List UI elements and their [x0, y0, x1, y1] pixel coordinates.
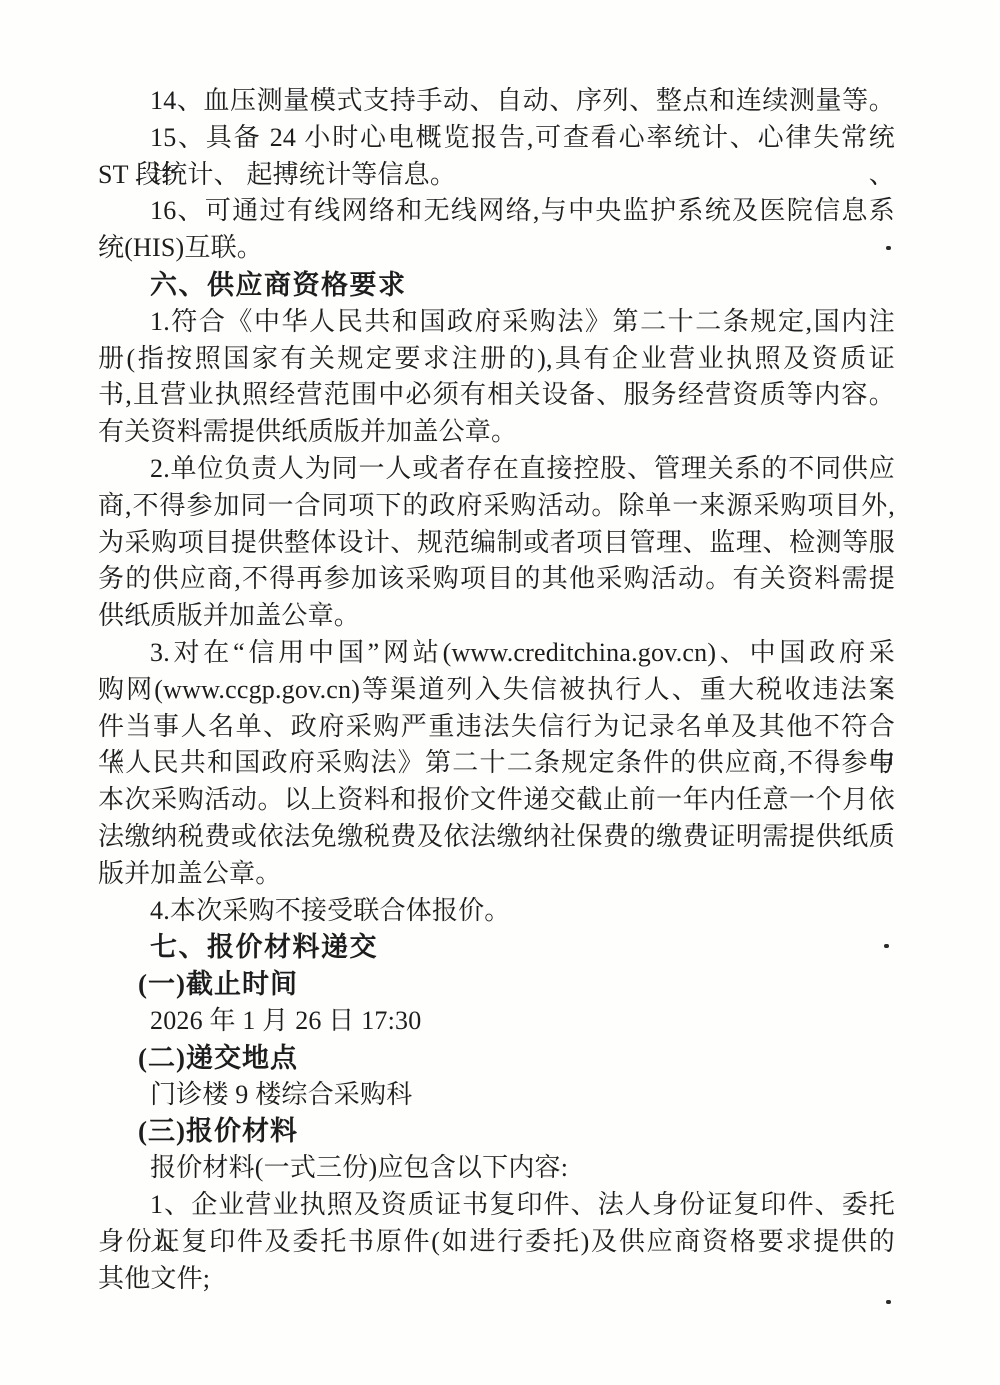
text-line: 2026 年 1 月 26 日 17:30 [98, 1003, 895, 1040]
text-line: (三)报价材料 [98, 1113, 895, 1150]
text-line: 2.单位负责人为同一人或者存在直接控股、管理关系的不同供应 [98, 451, 895, 488]
text-line: 书,且营业执照经营范围中必须有相关设备、服务经营资质等内容。 [98, 377, 895, 414]
text-line: 有关资料需提供纸质版并加盖公章。 [98, 414, 895, 451]
text-line: 购网(www.ccgp.gov.cn)等渠道列入失信被执行人、重大税收违法案 [98, 672, 895, 709]
text-line: 华人民共和国政府采购法》第二十二条规定条件的供应商,不得参与 [98, 745, 895, 782]
text-line: 15、具备 24 小时心电概览报告,可查看心率统计、心律失常统计、 [98, 120, 895, 157]
text-line: 统(HIS)互联。 [98, 230, 895, 267]
text-line: 报价材料(一式三份)应包含以下内容: [98, 1150, 895, 1187]
text-line: 版并加盖公章。 [98, 856, 895, 893]
text-line: 14、血压测量模式支持手动、自动、序列、整点和连续测量等。 [98, 83, 895, 120]
text-line: 七、报价材料递交 [98, 929, 895, 966]
scan-speck [886, 246, 891, 250]
scan-speck [884, 944, 889, 948]
text-line: 法缴纳税费或依法免缴税费及依法缴纳社保费的缴费证明需提供纸质 [98, 819, 895, 856]
document-text-block: 14、血压测量模式支持手动、自动、序列、整点和连续测量等。15、具备 24 小时… [98, 83, 895, 1297]
text-line: 3.对在“信用中国”网站(www.creditchina.gov.cn)、中国政… [98, 635, 895, 672]
document-page: 14、血压测量模式支持手动、自动、序列、整点和连续测量等。15、具备 24 小时… [0, 0, 1000, 1385]
text-line: 册(指按照国家有关规定要求注册的),具有企业营业执照及资质证 [98, 341, 895, 378]
text-line: 4.本次采购不接受联合体报价。 [98, 893, 895, 930]
text-line: (二)递交地点 [98, 1040, 895, 1077]
text-line: 门诊楼 9 楼综合采购科 [98, 1077, 895, 1114]
scan-speck [886, 1300, 891, 1304]
text-line: (一)截止时间 [98, 966, 895, 1003]
text-line: 供纸质版并加盖公章。 [98, 598, 895, 635]
text-line: 1、企业营业执照及资质证书复印件、法人身份证复印件、委托人 [98, 1187, 895, 1224]
text-line: 16、可通过有线网络和无线网络,与中央监护系统及医院信息系 [98, 193, 895, 230]
text-line: 其他文件; [98, 1261, 895, 1298]
text-line: 本次采购活动。以上资料和报价文件递交截止前一年内任意一个月依 [98, 782, 895, 819]
text-line: 商,不得参加同一合同项下的政府采购活动。除单一来源采购项目外, [98, 488, 895, 525]
text-line: 件当事人名单、政府采购严重违法失信行为记录名单及其他不符合《中 [98, 709, 895, 746]
text-line: 为采购项目提供整体设计、规范编制或者项目管理、监理、检测等服 [98, 525, 895, 562]
text-line: 身份证复印件及委托书原件(如进行委托)及供应商资格要求提供的 [98, 1224, 895, 1261]
text-line: 1.符合《中华人民共和国政府采购法》第二十二条规定,国内注 [98, 304, 895, 341]
text-line: 六、供应商资格要求 [98, 267, 895, 304]
text-line: 务的供应商,不得再参加该采购项目的其他采购活动。有关资料需提 [98, 561, 895, 598]
